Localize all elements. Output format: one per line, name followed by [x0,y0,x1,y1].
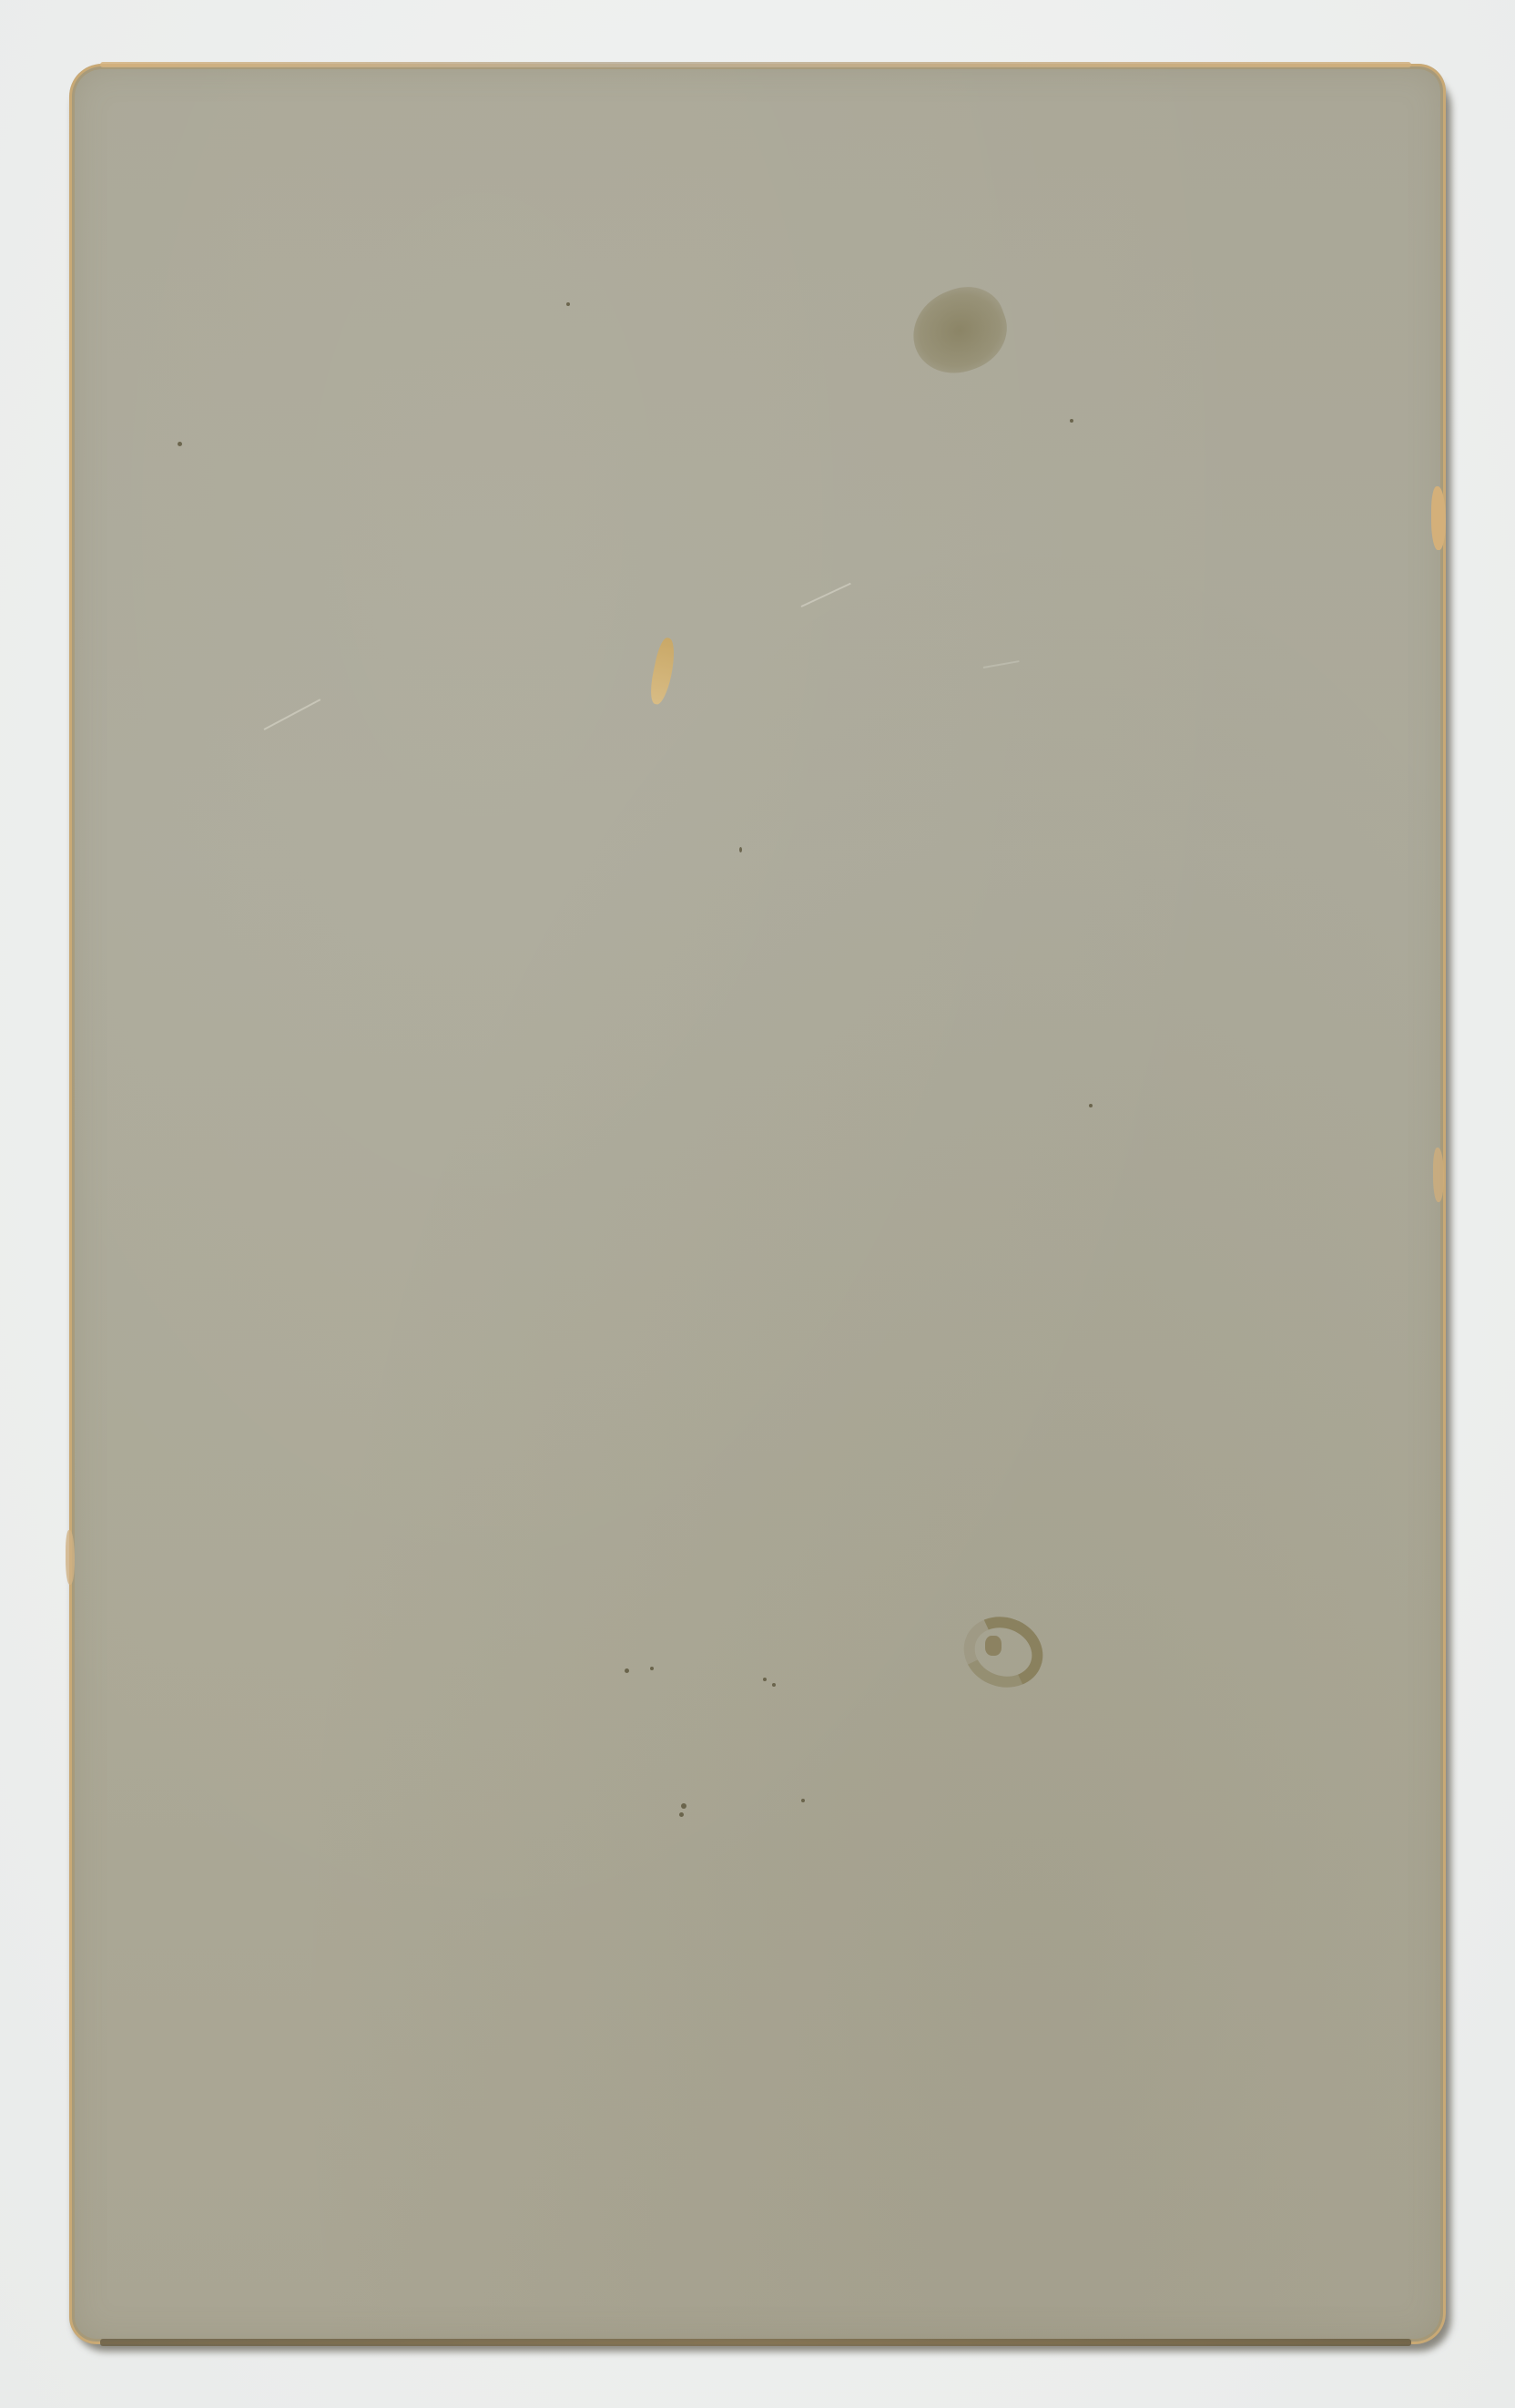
card-top-edge-wear [100,62,1411,67]
cabinet-card-back [69,64,1446,2344]
speck [801,1799,805,1802]
speck [681,1803,686,1809]
speck [1070,419,1073,423]
speck [650,1667,654,1670]
speck [679,1812,684,1817]
speck [763,1678,767,1681]
speck [772,1683,776,1687]
stain-lower-right-core [985,1636,1002,1656]
speck [625,1668,629,1673]
speck [566,302,570,306]
speck [739,847,742,852]
speck [1089,1104,1093,1107]
speck [178,442,182,446]
card-bottom-edge [100,2339,1411,2346]
